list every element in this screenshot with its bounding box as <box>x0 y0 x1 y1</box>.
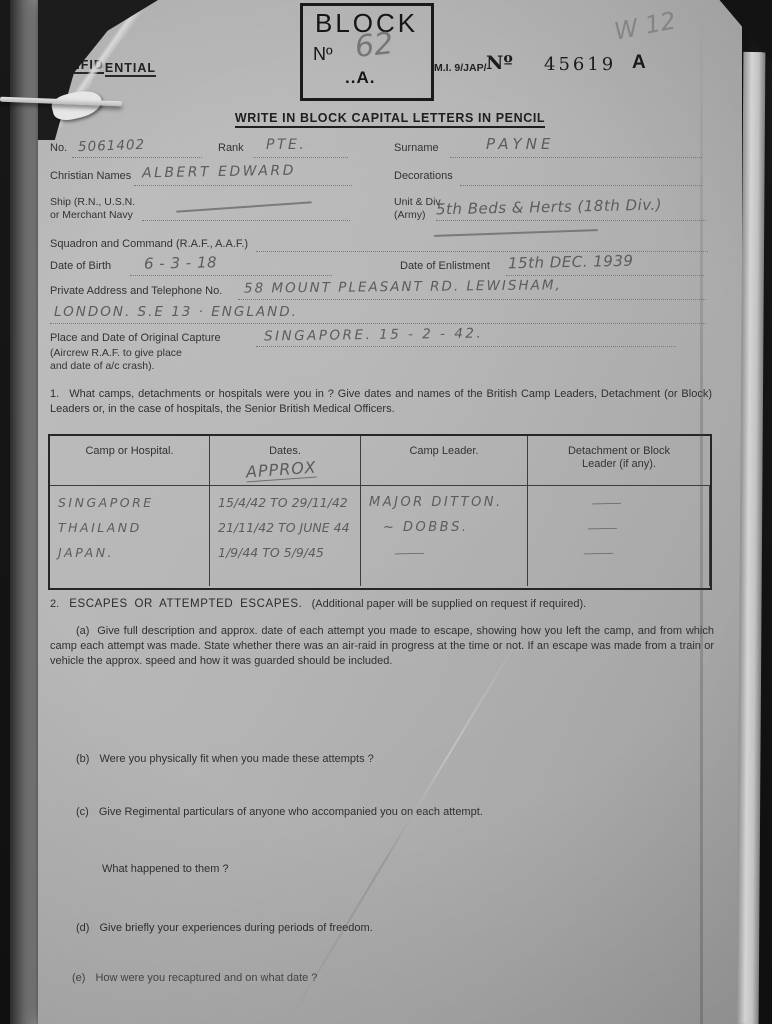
unit-value: 5th Beds & Herts (18th Div.) <box>436 196 662 219</box>
ship-label-line1: Ship (R.N., U.S.N. <box>50 196 135 209</box>
detachment-column: — — — <box>528 486 710 586</box>
table-row-leader: ~ DOBBS. <box>369 515 527 540</box>
surname-label: Surname <box>394 142 439 154</box>
ship-label-line2: or Merchant Navy <box>50 209 135 222</box>
pencil-dash: — <box>588 490 624 516</box>
table-row-dates: 15/4/42 TO 29/11/42 <box>218 490 360 515</box>
stamp-suffix: ..A. <box>345 68 375 88</box>
rank-line <box>253 156 348 158</box>
stamp-no-label: Nº <box>313 44 333 65</box>
question-2a-text: Give full description and approx. date o… <box>50 625 714 667</box>
service-no-value: 5061402 <box>78 137 146 155</box>
col-header-camp: Camp or Hospital. <box>50 436 210 486</box>
file-ref-series: A <box>632 52 646 74</box>
christian-names-label: Christian Names <box>50 170 131 182</box>
capture-value: SINGAPORE. 15 - 2 - 42. <box>264 325 483 344</box>
section-2-title-note: (Additional paper will be supplied on re… <box>312 598 587 610</box>
table-row-leader: — <box>369 540 527 565</box>
date-of-enlistment-value: 15th DEC. 1939 <box>508 252 634 273</box>
table-row-dates: 21/11/42 TO JUNE 44 <box>218 515 360 540</box>
camp-column: SINGAPORE THAILAND JAPAN. <box>50 486 210 586</box>
unit-pencil-underline <box>434 229 598 237</box>
question-2a-letter: (a) <box>76 625 89 637</box>
paper-crease <box>287 637 520 1024</box>
private-address-line2 <box>50 322 706 324</box>
decorations-line <box>460 184 702 186</box>
question-2b-letter: (b) <box>76 752 89 767</box>
rank-value: PTE. <box>266 137 306 153</box>
pencil-annotation: W 12 <box>612 6 678 45</box>
section-2-title-text: ESCAPES OR ATTEMPTED ESCAPES. <box>69 598 302 610</box>
question-2d-text: Give briefly your experiences during per… <box>99 922 372 934</box>
pencil-dash: — <box>391 540 427 566</box>
question-1: 1.What camps, detachments or hospitals w… <box>50 387 712 417</box>
squadron-line <box>256 250 708 252</box>
pencil-dash: — <box>584 515 620 541</box>
private-address-value-line2: LONDON. S.E 13 · ENGLAND. <box>54 304 298 320</box>
decorations-label: Decorations <box>394 170 453 182</box>
christian-names-value: ALBERT EDWARD <box>142 163 296 182</box>
col-header-leader: Camp Leader. <box>361 436 528 486</box>
capture-label: Place and Date of Original Capture <box>50 332 221 344</box>
date-of-birth-value: 6 - 3 - 18 <box>144 253 217 273</box>
col-header-detachment-line2: Leader (if any). <box>528 458 710 471</box>
question-2b: (b)Were you physically fit when you made… <box>76 752 676 767</box>
question-2c-letter: (c) <box>76 805 89 820</box>
table-row-detachment: — <box>536 490 709 515</box>
question-2b-text: Were you physically fit when you made th… <box>99 753 373 765</box>
question-2d-letter: (d) <box>76 921 89 936</box>
question-2c-text: Give Regimental particulars of anyone wh… <box>99 806 483 818</box>
date-of-birth-line <box>130 274 332 276</box>
capture-note: (Aircrew R.A.F. to give place and date o… <box>50 347 182 372</box>
col-header-detachment: Detachment or Block Leader (if any). <box>528 436 710 486</box>
section-2-number: 2. <box>50 597 59 612</box>
rank-label: Rank <box>218 142 244 154</box>
camp-table: Camp or Hospital. Dates. Camp Leader. De… <box>48 434 712 590</box>
table-row-dates: 1/9/44 TO 5/9/45 <box>218 540 360 565</box>
date-of-enlistment-line <box>506 274 704 276</box>
squadron-label: Squadron and Command (R.A.F., A.A.F.) <box>50 238 248 250</box>
table-row-camp: SINGAPORE <box>58 490 209 515</box>
table-row-detachment: — <box>536 540 709 565</box>
capture-note-line1: (Aircrew R.A.F. to give place <box>50 347 182 360</box>
dates-column: 15/4/42 TO 29/11/42 21/11/42 TO JUNE 44 … <box>210 486 361 586</box>
capture-note-line2: and date of a/c crash). <box>50 360 182 373</box>
question-2e: (e)How were you recaptured and on what d… <box>72 971 672 986</box>
question-2c-followup-text: What happened to them ? <box>102 863 229 875</box>
ship-line <box>142 219 350 221</box>
ship-pencil-dash <box>176 201 312 212</box>
service-no-line <box>72 156 202 158</box>
stamp-block-number-handwritten: 62 <box>353 26 395 65</box>
table-row-camp: JAPAN. <box>58 540 209 565</box>
ship-label: Ship (R.N., U.S.N. or Merchant Navy <box>50 196 135 221</box>
leader-column: MAJOR DITTON. ~ DOBBS. — <box>361 486 528 586</box>
unit-line <box>436 219 706 221</box>
christian-names-line <box>134 184 352 186</box>
question-2c: (c)Give Regimental particulars of anyone… <box>76 805 696 820</box>
instruction-heading: WRITE IN BLOCK CAPITAL LETTERS IN PENCIL <box>38 111 742 125</box>
question-2e-letter: (e) <box>72 971 85 986</box>
questionnaire-page: CONFIDENTIAL BLOCK Nº ..A. 62 M.I. 9/JAP… <box>38 0 742 1024</box>
surname-line <box>450 156 702 158</box>
file-ref-number: 45619 <box>544 54 616 75</box>
classification-part2: ENTIAL <box>105 61 156 77</box>
file-ref-department: M.I. 9/JAP/ <box>434 62 487 74</box>
instruction-heading-text: WRITE IN BLOCK CAPITAL LETTERS IN PENCIL <box>235 111 545 128</box>
capture-line <box>256 345 676 347</box>
private-address-line1 <box>238 298 706 300</box>
question-2a: (a) Give full description and approx. da… <box>50 624 714 669</box>
service-no-label: No. <box>50 142 67 154</box>
question-1-text: What camps, detachments or hospitals wer… <box>50 388 712 415</box>
table-row-camp: THAILAND <box>58 515 209 540</box>
question-2e-text: How were you recaptured and on what date… <box>95 972 317 984</box>
date-of-enlistment-label: Date of Enlistment <box>400 260 490 272</box>
question-2c-followup: What happened to them ? <box>102 862 502 877</box>
pencil-dash: — <box>580 540 616 566</box>
question-2d: (d)Give briefly your experiences during … <box>76 921 676 936</box>
col-header-detachment-line1: Detachment or Block <box>528 445 710 458</box>
question-1-number: 1. <box>50 387 59 402</box>
private-address-label: Private Address and Telephone No. <box>50 285 222 297</box>
private-address-value-line1: 58 MOUNT PLEASANT RD. LEWISHAM, <box>244 277 562 296</box>
date-of-birth-label: Date of Birth <box>50 260 111 272</box>
block-number-stamp: BLOCK Nº ..A. 62 <box>300 3 434 101</box>
surname-value: PAYNE <box>486 135 554 153</box>
section-2-title: 2.ESCAPES OR ATTEMPTED ESCAPES. (Additio… <box>50 597 712 612</box>
file-ref-no-label: Nº <box>486 52 513 74</box>
table-row-leader: MAJOR DITTON. <box>369 490 527 515</box>
table-row-detachment: — <box>536 515 709 540</box>
